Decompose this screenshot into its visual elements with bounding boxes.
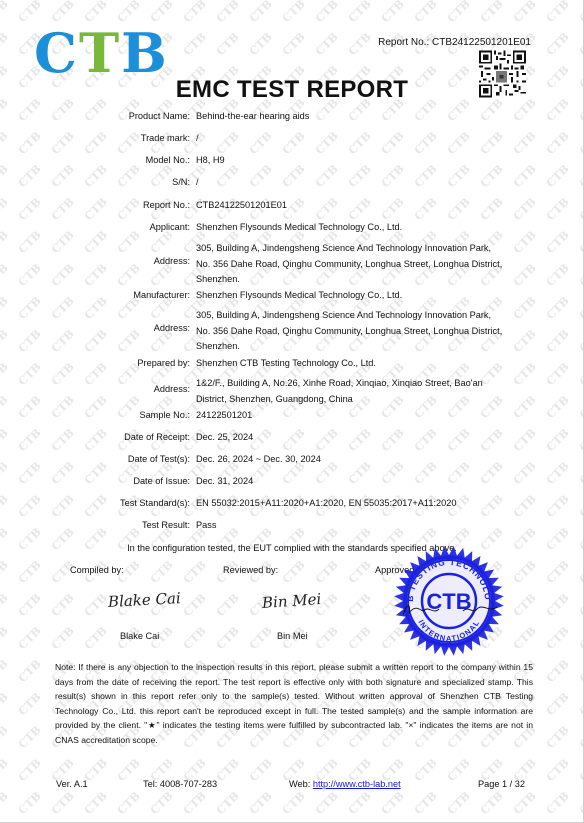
field-label: Test Result: [0, 520, 190, 530]
web-label: Web: [289, 779, 313, 789]
report-no-value: CTB24122501201E01 [432, 37, 531, 48]
field-label: Date of Test(s): [0, 454, 190, 464]
field-applicant: Applicant: Shenzhen Flysounds Medical Te… [0, 222, 584, 237]
header-report-number: Report No.: CTB24122501201E01 [378, 37, 531, 48]
address-line: Shenzhen. [196, 272, 502, 288]
disclaimer-note: Note: If there is any objection to the i… [55, 660, 533, 748]
reviewed-by-label: Reviewed by: [223, 565, 278, 575]
field-trade-mark: Trade mark: / [0, 133, 584, 148]
ctb-logo: CTB [34, 26, 169, 80]
field-value: Dec. 25, 2024 [196, 432, 253, 442]
field-value: Behind-the-ear hearing aids [196, 111, 309, 121]
field-model-no: Model No.: H8, H9 [0, 155, 584, 170]
field-value: / [196, 177, 199, 187]
address-line: Shenzhen. [196, 339, 502, 355]
field-test-standards: Test Standard(s): EN 55032:2015+A11:2020… [0, 498, 584, 513]
field-label: Address: [0, 384, 190, 394]
field-label: Prepared by: [0, 358, 190, 368]
field-label: Date of Receipt: [0, 432, 190, 442]
field-value: 24122501201 [196, 410, 252, 420]
field-label: Report No.: [0, 200, 190, 210]
website-link[interactable]: http://www.ctb-lab.net [313, 779, 401, 789]
field-value: EN 55032:2015+A11:2020+A1:2020, EN 55035… [196, 498, 456, 508]
page-number: Page 1 / 32 [478, 779, 525, 789]
field-label: Test Standard(s): [0, 498, 190, 508]
field-sample-no: Sample No.: 24122501201 [0, 410, 584, 425]
field-label: S/N: [0, 177, 190, 187]
field-prepared-by: Prepared by: Shenzhen CTB Testing Techno… [0, 358, 584, 373]
page-title: EMC TEST REPORT [0, 76, 584, 104]
report-no-label: Report No.: [378, 37, 429, 48]
address-line: District, Shenzhen, Guangdong, China [196, 392, 483, 408]
field-label: Manufacturer: [0, 290, 190, 300]
field-manufacturer: Manufacturer: Shenzhen Flysounds Medical… [0, 290, 584, 305]
field-label: Product Name: [0, 111, 190, 121]
address-line: 305, Building A, Jindengsheng Science An… [196, 241, 502, 257]
applicant-address-value: 305, Building A, Jindengsheng Science An… [196, 241, 502, 288]
field-report-no: Report No.: CTB24122501201E01 [0, 200, 584, 215]
address-line: No. 356 Dahe Road, Qinghu Community, Lon… [196, 257, 502, 273]
field-value: Dec. 31, 2024 [196, 476, 253, 486]
address-line: 1&2/F., Building A, No.26, Xinhe Road, X… [196, 376, 483, 392]
field-date-of-receipt: Date of Receipt: Dec. 25, 2024 [0, 432, 584, 447]
footer-version: Ver. A.1 [56, 779, 88, 789]
field-value: CTB24122501201E01 [196, 200, 287, 210]
field-label: Date of Issue: [0, 476, 190, 486]
compiled-name: Blake Cai [120, 631, 159, 641]
compiled-signature: Blake Cai [108, 589, 182, 611]
field-value: H8, H9 [196, 155, 225, 165]
reviewed-signature: Bin Mei [261, 590, 321, 612]
company-seal-stamp: CTB TESTING TECHNOLOGY INTERNATIONAL CTB [393, 545, 505, 657]
field-value: Shenzhen CTB Testing Technology Co., Ltd… [196, 358, 376, 368]
field-label: Applicant: [0, 222, 190, 232]
prepared-address-value: 1&2/F., Building A, No.26, Xinhe Road, X… [196, 376, 483, 407]
field-value: Shenzhen Flysounds Medical Technology Co… [196, 222, 402, 232]
field-label: Trade mark: [0, 133, 190, 143]
field-sn: S/N: / [0, 177, 584, 192]
field-date-of-issue: Date of Issue: Dec. 31, 2024 [0, 476, 584, 491]
field-value: Pass [196, 520, 216, 530]
field-value: / [196, 133, 199, 143]
field-date-of-test: Date of Test(s): Dec. 26, 2024 ~ Dec. 30… [0, 454, 584, 469]
field-value: Shenzhen Flysounds Medical Technology Co… [196, 290, 402, 300]
report-page: CTBCTBCTBCTBCTBCTBCTBCTBCTBCTBCTBCTBCTBC… [0, 0, 584, 823]
field-label: Model No.: [0, 155, 190, 165]
footer-web: Web: http://www.ctb-lab.net [289, 779, 401, 789]
field-test-result: Test Result: Pass [0, 520, 584, 535]
field-value: Dec. 26, 2024 ~ Dec. 30, 2024 [196, 454, 321, 464]
field-label: Address: [0, 256, 190, 266]
field-label: Sample No.: [0, 410, 190, 420]
field-product-name: Product Name: Behind-the-ear hearing aid… [0, 111, 584, 126]
manufacturer-address-value: 305, Building A, Jindengsheng Science An… [196, 308, 502, 355]
field-label: Address: [0, 323, 190, 333]
address-line: No. 356 Dahe Road, Qinghu Community, Lon… [196, 324, 502, 340]
compiled-by-label: Compiled by: [70, 565, 124, 575]
footer-tel: Tel: 4008-707-283 [143, 779, 217, 789]
reviewed-name: Bin Mei [277, 631, 308, 641]
address-line: 305, Building A, Jindengsheng Science An… [196, 308, 502, 324]
